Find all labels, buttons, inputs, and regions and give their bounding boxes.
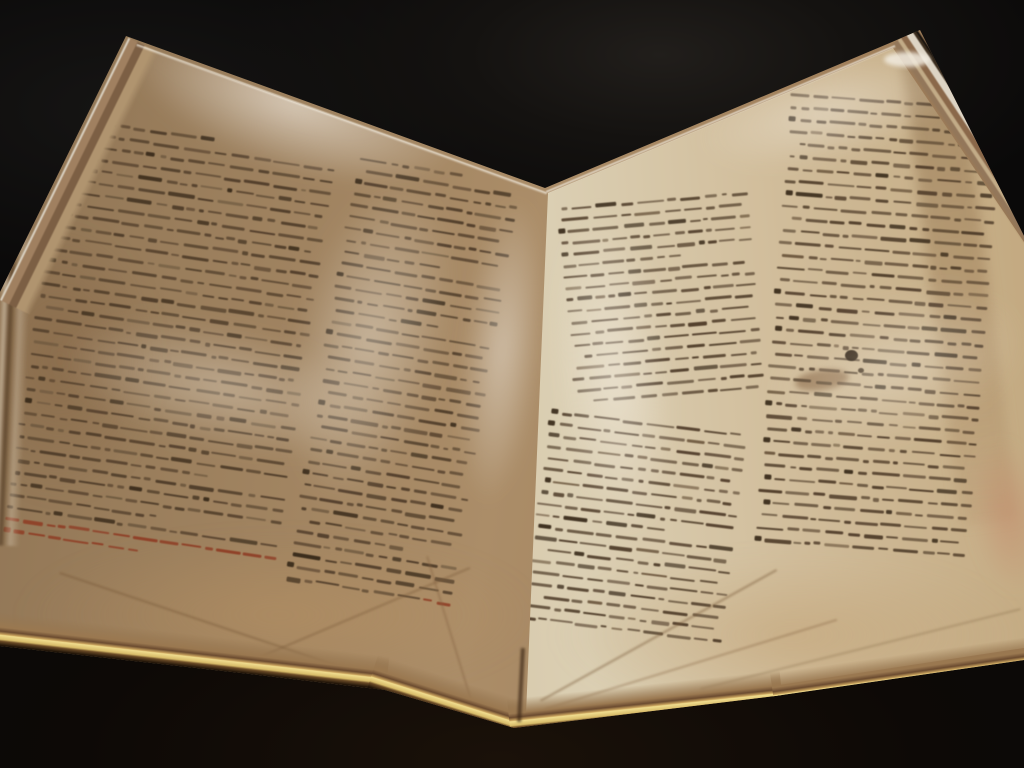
script-word-mark: [201, 535, 226, 541]
script-word-mark: [450, 471, 464, 476]
script-word-mark: [692, 356, 700, 359]
script-word-mark: [732, 261, 744, 265]
script-word-mark: [129, 138, 149, 144]
script-word-mark: [786, 190, 793, 196]
script-word-mark: [125, 498, 138, 503]
script-word-mark: [240, 263, 251, 267]
script-word-mark: [666, 634, 690, 641]
script-word-mark: [563, 515, 587, 522]
script-word-mark: [852, 235, 878, 240]
script-word-mark: [412, 537, 428, 542]
script-word-mark: [181, 543, 201, 549]
script-word-mark: [216, 548, 241, 554]
script-word-mark: [899, 139, 913, 144]
script-word-mark: [627, 628, 641, 632]
script-word-mark: [667, 198, 676, 201]
script-word-mark: [552, 515, 560, 519]
script-word-mark: [440, 565, 457, 570]
script-word-mark: [361, 576, 374, 581]
script-word-mark: [356, 503, 363, 507]
script-word-mark: [246, 469, 261, 474]
script-word-mark: [213, 500, 228, 505]
script-word-mark: [56, 320, 83, 327]
script-word-mark: [147, 214, 170, 220]
script-word-mark: [121, 222, 139, 227]
script-word-mark: [736, 282, 756, 286]
script-word-mark: [913, 252, 936, 257]
script-word-mark: [376, 579, 392, 584]
script-word-mark: [33, 340, 58, 346]
script-word-mark: [703, 354, 726, 359]
script-word-mark: [167, 191, 195, 199]
script-word-mark: [169, 530, 178, 534]
script-word-mark: [816, 467, 839, 472]
script-word-mark: [149, 130, 167, 135]
script-word-mark: [872, 486, 884, 490]
script-word-mark: [764, 474, 771, 480]
script-word-mark: [180, 279, 193, 284]
script-word-mark: [448, 507, 462, 512]
script-word-mark: [776, 266, 804, 271]
script-word-mark: [208, 162, 225, 167]
script-word-mark: [49, 379, 55, 383]
script-word-mark: [687, 555, 712, 561]
script-word-mark: [286, 576, 302, 584]
script-word-mark: [810, 294, 828, 298]
script-word-mark: [668, 266, 680, 271]
script-word-mark: [553, 492, 564, 497]
script-word-mark: [437, 602, 451, 607]
script-word-mark: [963, 454, 975, 458]
script-word-mark: [557, 584, 565, 589]
script-word-mark: [593, 589, 605, 593]
script-word-mark: [264, 303, 274, 307]
script-word-mark: [813, 542, 820, 545]
script-word-mark: [859, 509, 883, 514]
script-word-mark: [221, 225, 245, 231]
script-word-mark: [775, 302, 792, 306]
script-word-mark: [723, 444, 746, 449]
script-word-mark: [567, 529, 594, 535]
script-word-mark: [772, 341, 786, 345]
script-word-mark: [406, 560, 419, 565]
script-word-mark: [306, 238, 323, 243]
script-word-mark: [410, 452, 427, 459]
script-word-mark: [835, 196, 847, 201]
script-word-mark: [126, 197, 152, 205]
script-word-mark: [92, 421, 100, 425]
script-word-mark: [553, 481, 580, 487]
script-word-mark: [26, 388, 36, 392]
script-word-mark: [700, 591, 713, 595]
script-word-mark: [739, 339, 761, 344]
script-word-mark: [804, 541, 810, 544]
script-word-mark: [58, 429, 65, 433]
script-word-mark: [249, 300, 262, 305]
script-word-mark: [200, 306, 227, 314]
script-word-mark: [161, 167, 180, 173]
photograph-scene: [0, 0, 1024, 768]
script-word-mark: [706, 523, 734, 529]
script-word-mark: [781, 204, 797, 208]
script-word-mark: [623, 605, 636, 609]
script-word-mark: [850, 160, 868, 165]
script-word-mark: [347, 503, 354, 507]
script-word-mark: [855, 521, 878, 526]
script-word-mark: [606, 603, 621, 607]
script-word-mark: [94, 506, 109, 511]
script-word-mark: [304, 250, 311, 254]
script-word-mark: [391, 497, 407, 502]
script-word-mark: [763, 499, 770, 505]
script-word-mark: [647, 527, 665, 532]
script-word-mark: [675, 312, 691, 316]
script-word-mark: [108, 545, 124, 550]
script-word-mark: [965, 181, 973, 184]
script-word-mark: [270, 520, 282, 524]
script-word-mark: [807, 268, 823, 272]
script-word-mark: [789, 479, 814, 484]
script-word-mark: [547, 457, 569, 462]
script-word-mark: [785, 491, 809, 496]
script-word-mark: [730, 432, 741, 436]
script-word-mark: [935, 241, 962, 246]
script-word-mark: [871, 211, 891, 215]
script-word-mark: [819, 258, 826, 261]
script-word-mark: [287, 562, 295, 568]
script-word-mark: [721, 274, 729, 277]
script-word-mark: [917, 190, 937, 195]
script-word-mark: [105, 195, 125, 201]
script-word-mark: [443, 447, 448, 450]
script-word-mark: [897, 275, 923, 280]
script-word-mark: [641, 607, 660, 612]
script-word-mark: [904, 176, 913, 180]
script-word-mark: [953, 553, 965, 557]
script-word-mark: [431, 540, 452, 546]
script-word-mark: [301, 507, 307, 511]
script-word-mark: [633, 571, 638, 574]
script-word-mark: [391, 509, 402, 513]
script-word-mark: [677, 242, 695, 247]
script-word-mark: [301, 189, 306, 192]
script-word-mark: [793, 442, 809, 446]
script-word-mark: [903, 474, 926, 479]
script-word-mark: [181, 471, 189, 475]
script-word-mark: [961, 231, 983, 236]
script-word-mark: [849, 221, 862, 225]
script-word-mark: [745, 272, 755, 276]
script-word-mark: [948, 143, 955, 146]
script-word-mark: [688, 321, 708, 326]
script-word-mark: [707, 499, 721, 503]
script-word-mark: [864, 261, 882, 266]
script-word-mark: [687, 344, 705, 348]
script-word-mark: [801, 230, 820, 234]
script-word-mark: [466, 224, 476, 228]
script-word-mark: [238, 239, 247, 244]
script-word-mark: [543, 467, 563, 472]
script-word-mark: [95, 230, 112, 235]
script-word-mark: [894, 200, 912, 204]
script-word-mark: [669, 577, 695, 583]
script-word-mark: [756, 526, 783, 531]
script-word-mark: [829, 494, 857, 500]
script-word-mark: [101, 423, 118, 429]
script-word-mark: [260, 495, 286, 501]
script-word-mark: [304, 579, 312, 584]
script-word-mark: [340, 561, 352, 566]
script-word-mark: [24, 472, 47, 478]
script-word-mark: [621, 202, 633, 206]
script-word-mark: [248, 493, 256, 497]
script-word-mark: [106, 459, 129, 465]
script-word-mark: [939, 453, 960, 457]
script-word-mark: [660, 279, 672, 283]
script-word-mark: [67, 117, 84, 122]
script-word-mark: [105, 495, 122, 500]
script-word-mark: [258, 314, 265, 318]
script-word-mark: [315, 214, 323, 218]
script-word-mark: [636, 548, 659, 554]
script-word-mark: [704, 430, 727, 435]
script-word-mark: [563, 575, 584, 580]
script-word-mark: [395, 462, 408, 467]
script-word-mark: [840, 159, 847, 162]
script-word-mark: [438, 398, 445, 402]
script-word-mark: [92, 529, 109, 534]
script-word-mark: [785, 329, 793, 332]
script-word-mark: [450, 422, 457, 427]
script-word-mark: [70, 418, 87, 423]
script-word-mark: [431, 456, 451, 462]
script-word-mark: [884, 262, 908, 267]
script-word-mark: [104, 448, 110, 452]
script-word-mark: [431, 492, 457, 499]
script-word-mark: [702, 218, 708, 221]
script-word-mark: [246, 505, 268, 511]
script-word-mark: [712, 262, 728, 266]
script-word-mark: [58, 525, 66, 529]
script-word-mark: [370, 531, 383, 536]
script-word-mark: [49, 475, 57, 479]
script-word-mark: [649, 222, 665, 226]
script-word-mark: [45, 512, 51, 515]
script-word-mark: [680, 196, 700, 200]
script-word-mark: [941, 205, 964, 210]
script-word-mark: [143, 165, 157, 170]
script-word-mark: [839, 296, 848, 299]
script-word-mark: [750, 351, 756, 354]
script-word-mark: [662, 610, 687, 616]
script-word-mark: [762, 513, 778, 517]
script-word-mark: [59, 417, 68, 421]
script-word-mark: [373, 590, 394, 596]
script-word-mark: [890, 224, 906, 229]
script-word-mark: [675, 231, 686, 235]
script-word-mark: [547, 445, 562, 449]
script-word-mark: [112, 533, 130, 538]
script-word-mark: [258, 170, 269, 174]
script-word-mark: [141, 297, 158, 303]
script-word-mark: [69, 250, 93, 256]
script-word-mark: [554, 608, 561, 612]
script-word-mark: [362, 589, 369, 593]
script-word-mark: [446, 207, 463, 212]
script-word-mark: [264, 556, 276, 560]
script-word-mark: [428, 515, 454, 522]
script-word-mark: [977, 257, 990, 261]
script-word-mark: [441, 482, 461, 489]
script-word-mark: [755, 536, 762, 542]
script-word-mark: [159, 445, 166, 449]
script-word-mark: [765, 539, 791, 545]
script-word-mark: [706, 476, 714, 480]
script-word-mark: [200, 185, 222, 191]
script-word-mark: [140, 453, 153, 458]
script-word-mark: [688, 566, 716, 572]
script-word-mark: [666, 302, 673, 305]
script-word-mark: [764, 464, 785, 468]
script-word-mark: [895, 213, 907, 217]
script-word-mark: [158, 264, 180, 270]
script-word-mark: [92, 542, 104, 546]
script-word-mark: [30, 424, 44, 429]
script-word-mark: [940, 253, 948, 258]
script-word-mark: [966, 107, 992, 112]
script-word-mark: [844, 469, 853, 474]
script-word-mark: [960, 504, 972, 508]
script-word-mark: [878, 547, 888, 551]
script-word-mark: [228, 274, 236, 278]
script-word-mark: [278, 233, 304, 239]
script-word-mark: [704, 295, 732, 300]
script-word-mark: [882, 498, 894, 502]
script-word-mark: [153, 143, 179, 149]
script-word-mark: [128, 548, 138, 552]
script-word-mark: [26, 495, 46, 501]
script-word-mark: [56, 392, 65, 396]
script-word-mark: [782, 254, 804, 259]
script-word-mark: [166, 180, 178, 184]
script-word-mark: [750, 328, 759, 331]
script-word-mark: [80, 228, 92, 232]
script-word-mark: [692, 331, 717, 336]
script-word-mark: [246, 516, 266, 522]
script-word-mark: [670, 518, 677, 522]
script-word-mark: [34, 316, 52, 321]
script-word-mark: [902, 537, 928, 542]
script-word-mark: [231, 261, 238, 265]
script-word-mark: [412, 465, 435, 471]
script-word-mark: [449, 197, 468, 203]
script-word-mark: [135, 308, 147, 312]
script-word-mark: [419, 419, 447, 427]
script-word-mark: [939, 267, 948, 270]
script-word-mark: [951, 267, 962, 271]
script-word-mark: [162, 276, 178, 281]
script-word-mark: [175, 507, 185, 511]
script-word-mark: [163, 505, 172, 509]
script-word-mark: [108, 268, 127, 273]
script-word-mark: [909, 152, 928, 156]
script-word-mark: [918, 178, 932, 182]
script-word-mark: [323, 546, 331, 550]
script-word-mark: [147, 262, 154, 266]
script-word-mark: [272, 508, 283, 512]
script-word-mark: [630, 594, 655, 600]
script-word-mark: [43, 463, 65, 469]
script-word-mark: [638, 561, 649, 565]
script-word-mark: [634, 211, 660, 216]
script-word-mark: [447, 531, 462, 536]
script-word-mark: [734, 457, 744, 461]
script-word-mark: [212, 247, 238, 254]
script-word-mark: [68, 394, 79, 398]
script-word-mark: [399, 535, 409, 539]
script-word-mark: [798, 180, 823, 185]
script-word-mark: [473, 201, 481, 205]
script-word-mark: [176, 303, 196, 309]
script-word-mark: [730, 375, 745, 379]
script-word-mark: [903, 462, 926, 467]
script-word-mark: [132, 271, 157, 277]
script-word-mark: [538, 524, 551, 529]
script-word-mark: [211, 222, 218, 226]
script-word-mark: [713, 284, 734, 288]
script-word-mark: [62, 273, 76, 278]
script-word-mark: [829, 221, 844, 225]
script-word-mark: [704, 286, 711, 289]
script-word-mark: [675, 357, 689, 361]
script-word-mark: [151, 527, 167, 532]
script-word-mark: [966, 280, 990, 285]
script-word-mark: [317, 533, 330, 539]
script-word-mark: [782, 514, 809, 519]
script-word-mark: [943, 465, 965, 470]
script-word-mark: [90, 301, 105, 306]
script-word-mark: [146, 152, 155, 157]
script-word-mark: [197, 220, 209, 226]
script-word-mark: [971, 418, 979, 421]
script-word-mark: [67, 514, 92, 520]
script-word-mark: [802, 529, 820, 533]
script-word-mark: [827, 183, 854, 188]
script-word-mark: [538, 617, 547, 621]
script-word-mark: [708, 389, 718, 393]
script-word-mark: [40, 390, 54, 395]
script-word-mark: [911, 214, 928, 218]
script-word-mark: [778, 453, 804, 458]
script-word-mark: [266, 292, 284, 297]
script-word-mark: [699, 579, 717, 584]
script-word-mark: [250, 254, 265, 259]
script-word-mark: [54, 511, 64, 516]
script-word-mark: [709, 341, 737, 346]
script-word-mark: [76, 503, 91, 508]
script-word-mark: [109, 303, 131, 309]
script-word-mark: [205, 547, 214, 551]
script-word-mark: [932, 527, 948, 531]
script-word-mark: [853, 172, 872, 176]
script-word-mark: [67, 309, 78, 313]
script-word-mark: [679, 473, 705, 479]
script-word-mark: [119, 138, 125, 142]
script-word-mark: [147, 238, 157, 243]
script-word-mark: [707, 240, 716, 243]
script-word-mark: [583, 612, 606, 617]
script-word-mark: [709, 545, 733, 552]
